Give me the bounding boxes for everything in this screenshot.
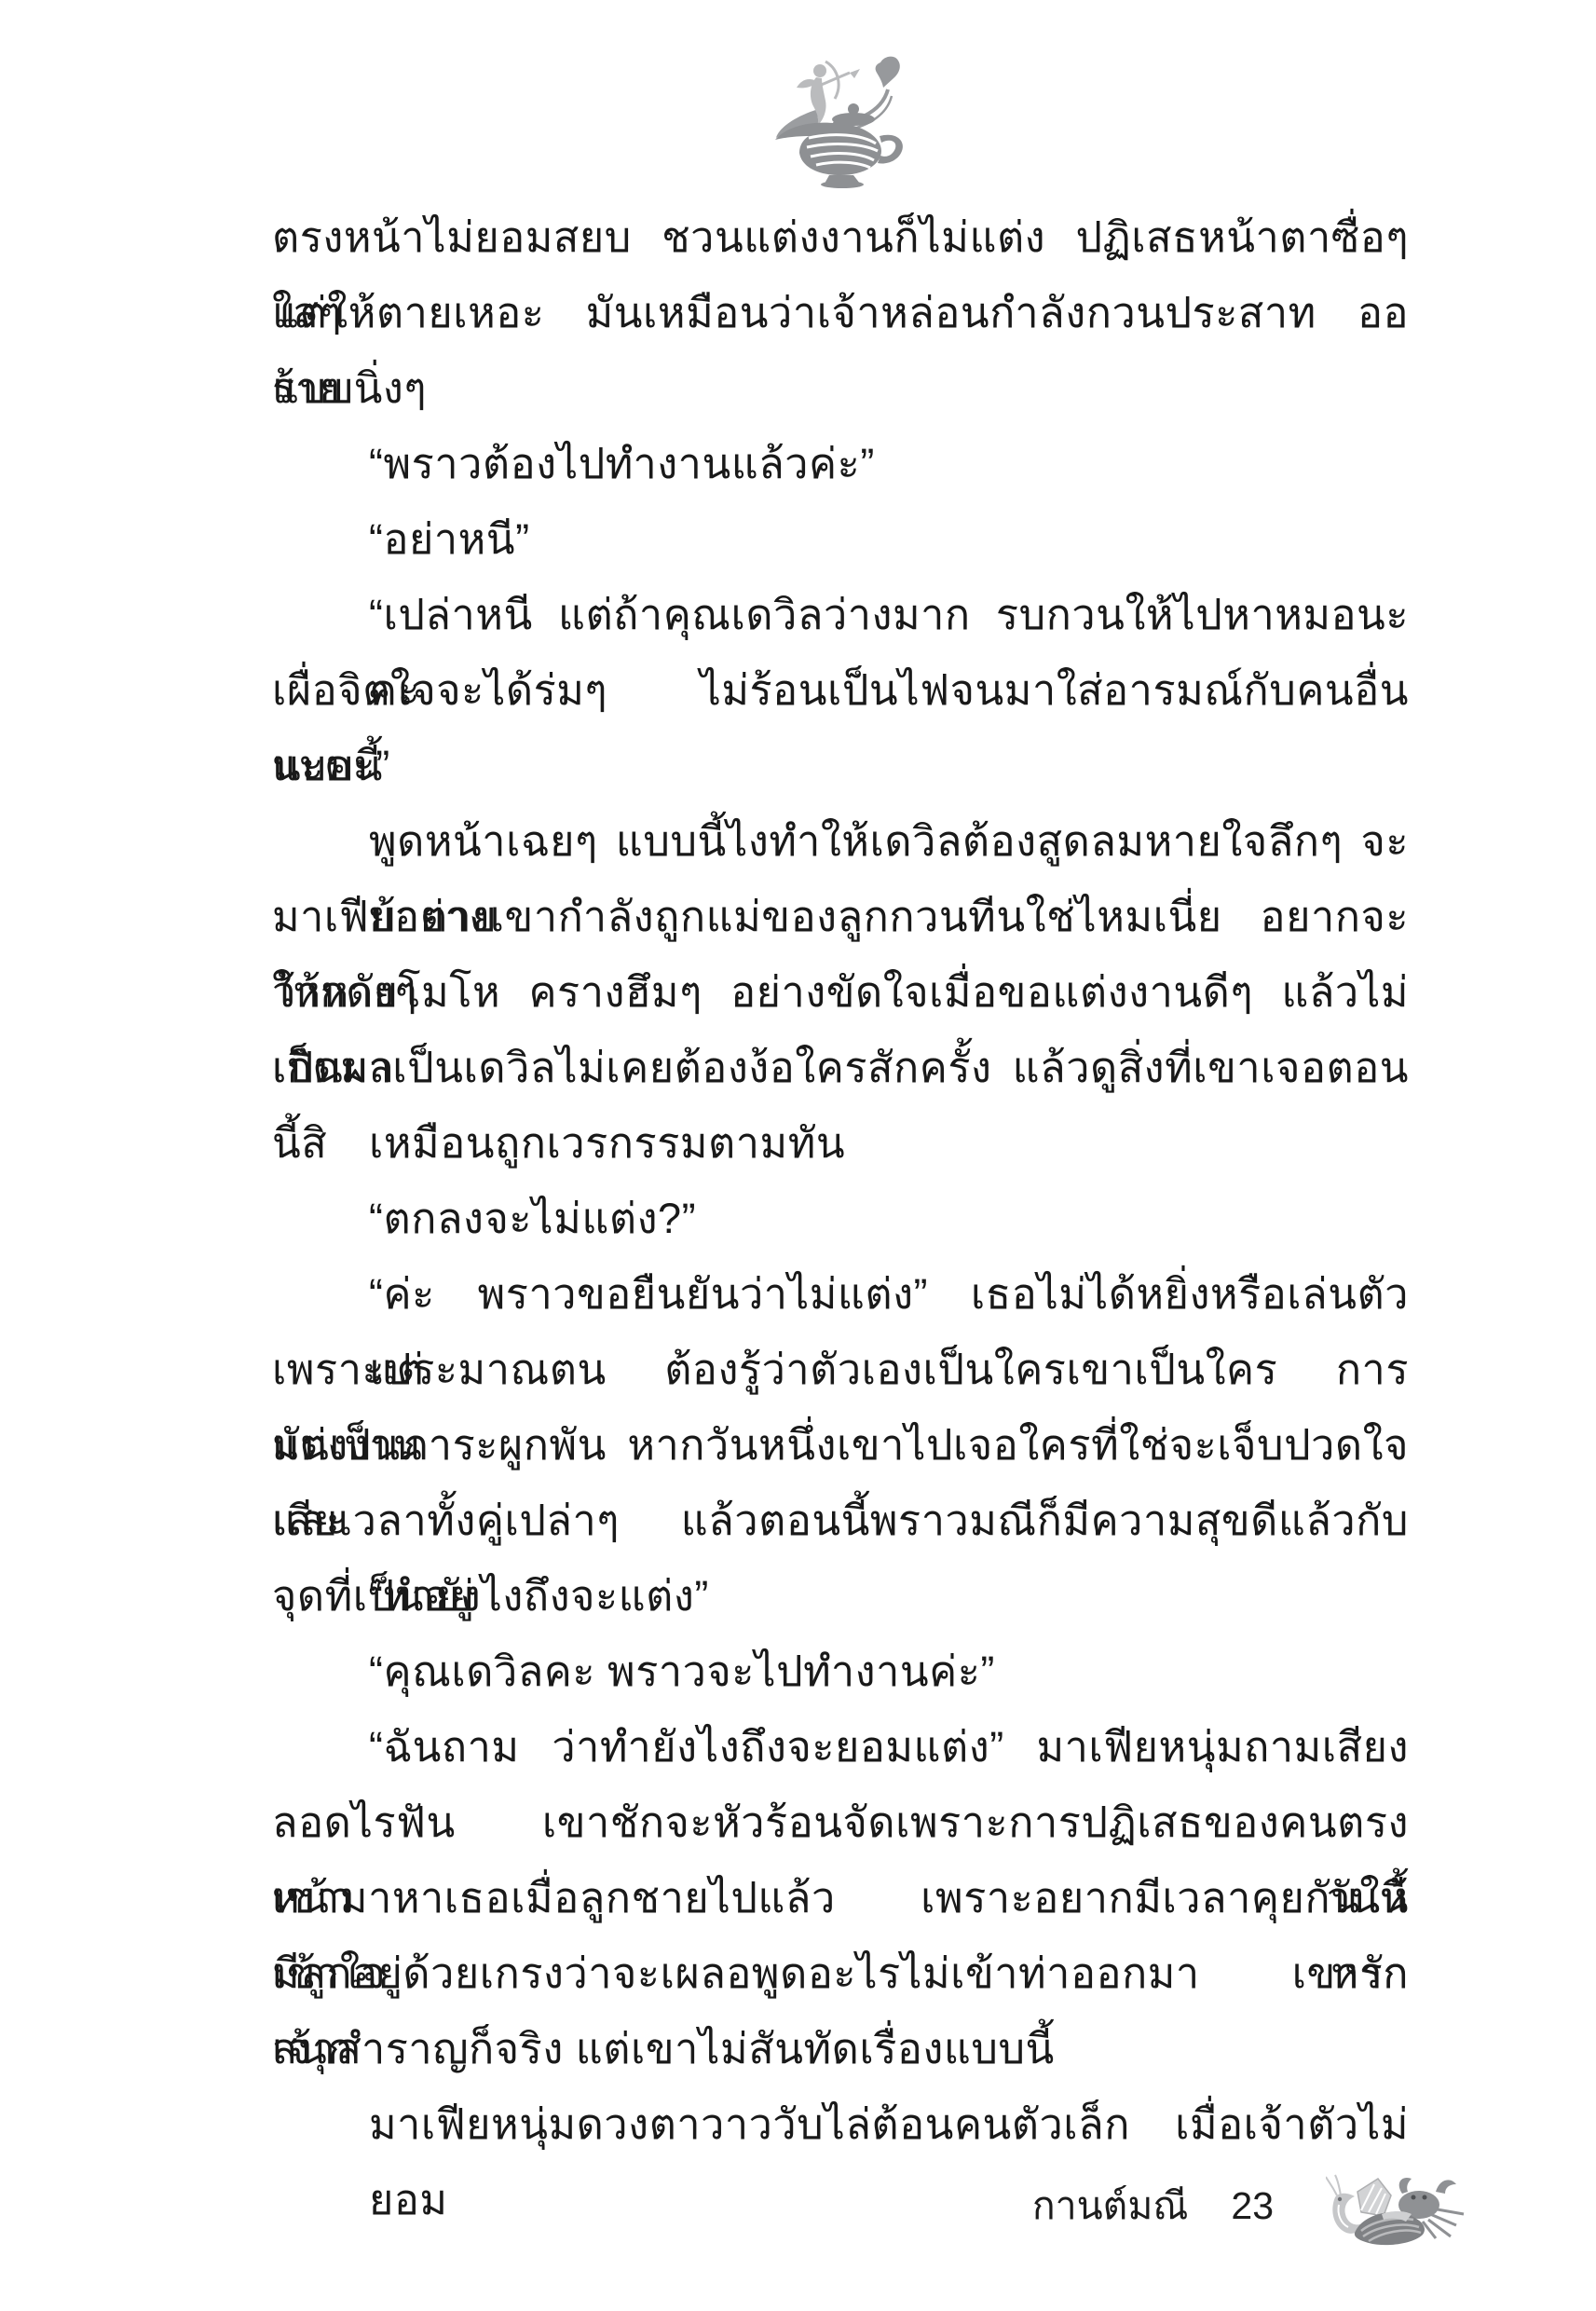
text-line: เจ้าสำราญก็จริง แต่เขาไม่สันทัดเรื่องแบบ… bbox=[272, 2011, 1409, 2086]
lamp-ornament-graphic bbox=[768, 47, 917, 188]
author-name: กานต์มณี bbox=[1032, 2176, 1189, 2236]
text-line: เขามาหาเธอเมื่อลูกชายไปแล้ว เพราะอยากมีเ… bbox=[272, 1860, 1409, 1935]
body-text: ตรงหน้าไม่ยอมสยบ ชวนแต่งงานก็ไม่แต่ง ปฏิ… bbox=[272, 199, 1409, 2162]
text-line: มาเฟียหนุ่มดวงตาวาววับไล่ต้อนคนตัวเล็ก เ… bbox=[272, 2086, 1409, 2162]
running-footer: กานต์มณี 23 bbox=[1032, 2176, 1274, 2249]
text-line: “ฉันถาม ว่าทำยังไงถึงจะยอมแต่ง” มาเฟียหน… bbox=[272, 1709, 1409, 1785]
lamp-icon bbox=[775, 103, 903, 188]
book-page: ตรงหน้าไม่ยอมสยบ ชวนแต่งงานก็ไม่แต่ง ปฏิ… bbox=[0, 0, 1596, 2311]
text-line: เกิดมาเป็นเดวิลไม่เคยต้องง้อใครสักครั้ง … bbox=[272, 1030, 1409, 1105]
text-line: แต่ให้ตายเหอะ มันเหมือนว่าเจ้าหล่อนกำลัง… bbox=[272, 275, 1409, 350]
text-line: “พราวต้องไปทำงานแล้วค่ะ” bbox=[272, 426, 1409, 501]
text-line: นะคะ” bbox=[272, 728, 1409, 803]
text-line: แบบนิ่งๆ bbox=[272, 350, 1409, 426]
seafood-ornament bbox=[1326, 2173, 1467, 2251]
shrimp-icon bbox=[1326, 2175, 1363, 2234]
text-line: มาเฟียอย่างเขากำลังถูกแม่ของลูกกวนทีนใช่… bbox=[272, 879, 1409, 954]
text-line: พูดหน้าเฉยๆ แบบนี้ไงทำให้เดวิลต้องสูดลมห… bbox=[272, 803, 1409, 879]
text-line: ให้หายโมโห ครางฮึมๆ อย่างขัดใจเมื่อขอแต่… bbox=[272, 954, 1409, 1030]
genie-lamp-cupid-ornament bbox=[768, 47, 917, 188]
text-line: เสียเวลาทั้งคู่เปล่าๆ แล้วตอนนี้พราวมณีก… bbox=[272, 1483, 1409, 1558]
text-line: “คุณเดวิลคะ พราวจะไปทำงานค่ะ” bbox=[272, 1634, 1409, 1709]
text-line: มันเป็นภาระผูกพัน หากวันหนึ่งเขาไปเจอใคร… bbox=[272, 1407, 1409, 1483]
text-line: “ทำยังไงถึงจะแต่ง” bbox=[272, 1558, 1409, 1634]
text-line: เหมือนถูกเวรกรรมตามทัน bbox=[272, 1105, 1409, 1181]
text-line: “เปล่าหนี แต่ถ้าคุณเดวิลว่างมาก รบกวนให้… bbox=[272, 577, 1409, 652]
page-number: 23 bbox=[1231, 2184, 1274, 2228]
text-line: ลอดไรฟัน เขาชักจะหัวร้อนจัดเพราะการปฏิเส… bbox=[272, 1785, 1409, 1860]
text-line: มีลูกอยู่ด้วยเกรงว่าจะเผลอพูดอะไรไม่เข้า… bbox=[272, 1935, 1409, 2011]
heart-icon bbox=[876, 57, 900, 88]
page-footer: กานต์มณี 23 bbox=[1032, 2173, 1467, 2251]
text-line: เผื่อจิตใจจะได้ร่มๆ ไม่ร้อนเป็นไฟจนมาใส่… bbox=[272, 652, 1409, 728]
text-line: เพราะประมาณตน ต้องรู้ว่าตัวเองเป็นใครเขา… bbox=[272, 1332, 1409, 1407]
text-line: “อย่าหนี” bbox=[272, 501, 1409, 577]
seafood-graphic bbox=[1326, 2173, 1467, 2251]
shell-icon bbox=[1357, 2179, 1391, 2216]
text-line: ตรงหน้าไม่ยอมสยบ ชวนแต่งงานก็ไม่แต่ง ปฏิ… bbox=[272, 199, 1409, 275]
text-line: “ค่ะ พราวขอยืนยันว่าไม่แต่ง” เธอไม่ได้หย… bbox=[272, 1256, 1409, 1332]
text-line: “ตกลงจะไม่แต่ง?” bbox=[272, 1181, 1409, 1256]
